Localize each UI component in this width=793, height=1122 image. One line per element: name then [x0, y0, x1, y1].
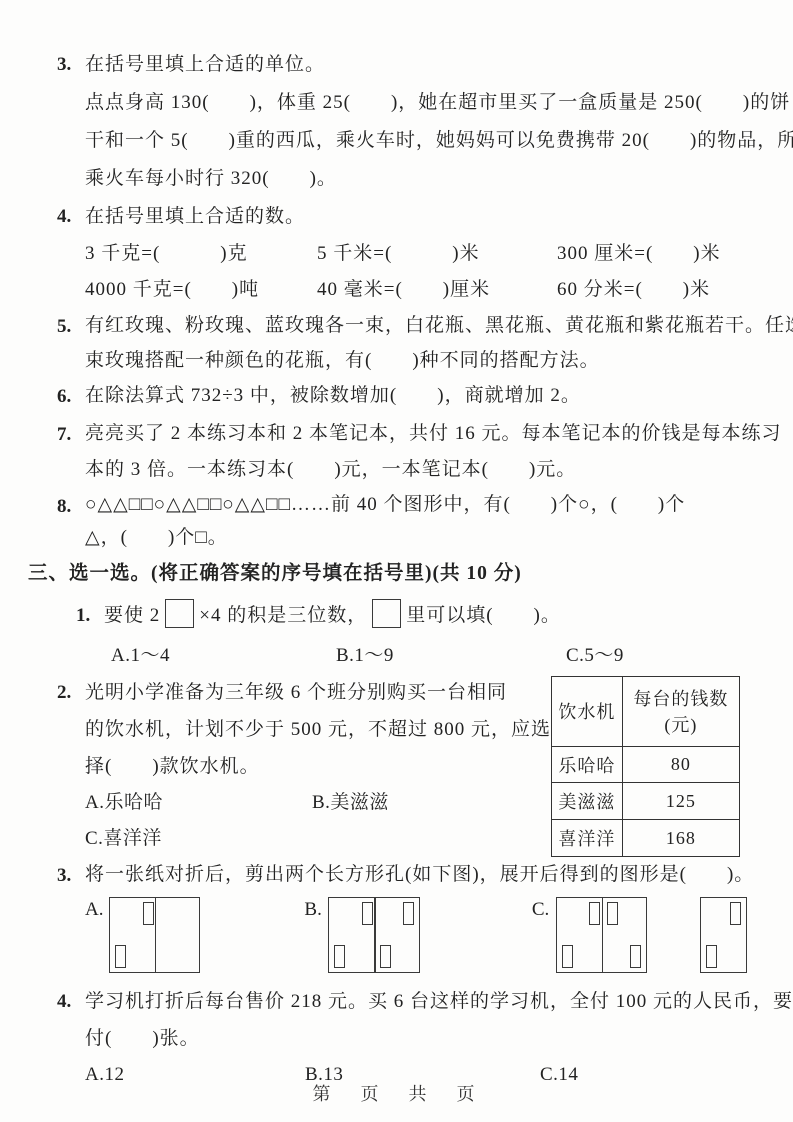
price-table: 饮水机 每台的钱数(元) 乐哈哈 80 美滋滋 125 喜洋洋 168 — [551, 676, 740, 857]
cut-hole — [334, 945, 345, 968]
question-body: 学习机打折后每台售价 218 元。买 6 台这样的学习机，全付 100 元的人民… — [85, 983, 747, 1093]
options-row: A.1～4 B.1～9 C.5～9 — [111, 638, 747, 674]
question-fill-3: 3. 在括号里填上合适的单位。 点点身高 130( )，体重 25( )，她在超… — [57, 46, 747, 198]
table-cell: 喜洋洋 — [552, 820, 623, 857]
figure-folded-paper — [700, 897, 747, 973]
question-text-part: 要使 2 — [104, 605, 160, 626]
question-number: 4. — [57, 983, 85, 1093]
question-choice-2: 2. 光明小学准备为三年级 6 个班分别购买一台相同 的饮水机，计划不少于 50… — [57, 674, 747, 857]
question-line: 乘火车每小时行 320( )。 — [85, 160, 747, 198]
conversion-cell: 3 千克=( )克 — [85, 236, 317, 272]
cut-hole — [730, 902, 741, 925]
question-line: 在括号里填上合适的数。 — [85, 198, 747, 236]
conversion-row: 3 千克=( )克 5 千米=( )米 300 厘米=( )米 — [85, 236, 747, 272]
question-line: 要使 2×4 的积是三位数，里可以填( )。 — [104, 594, 747, 638]
conversion-cell: 60 分米=( )米 — [557, 272, 710, 308]
question-line: 光明小学准备为三年级 6 个班分别购买一台相同 — [85, 674, 551, 711]
question-choice-3: 3. 将一张纸对折后，剪出两个长方形孔(如下图)，展开后得到的图形是( )。 A… — [57, 857, 747, 983]
question-line: 有红玫瑰、粉玫瑰、蓝玫瑰各一束，白花瓶、黑花瓶、黄花瓶和紫花瓶若干。任选一 — [85, 308, 747, 343]
worksheet-content: 3. 在括号里填上合适的单位。 点点身高 130( )，体重 25( )，她在超… — [0, 0, 793, 1093]
question-body: 在括号里填上合适的单位。 点点身高 130( )，体重 25( )，她在超市里买… — [85, 46, 747, 198]
section-header: 三、选一选。(将正确答案的序号填在括号里)(共 10 分) — [28, 554, 747, 594]
table-cell: 168 — [622, 820, 739, 857]
conversion-cell: 5 千米=( )米 — [317, 236, 557, 272]
cut-hole — [403, 902, 414, 925]
figure-row: A. B. C. — [85, 897, 747, 983]
question-fill-7: 7. 亮亮买了 2 本练习本和 2 本笔记本，共付 16 元。每本笔记本的价钱是… — [57, 416, 747, 488]
conversion-cell: 300 厘米=( )米 — [557, 236, 721, 272]
question-line: 点点身高 130( )，体重 25( )，她在超市里买了一盒质量是 250( )… — [85, 84, 747, 122]
question-number: 5. — [57, 308, 85, 378]
question-number: 3. — [57, 46, 85, 198]
question-fill-6: 6. 在除法算式 732÷3 中，被除数增加( )，商就增加 2。 — [57, 378, 747, 416]
question-choice-1: 1. 要使 2×4 的积是三位数，里可以填( )。 A.1～4 B.1～9 C.… — [76, 594, 747, 674]
question-number: 8. — [57, 488, 85, 554]
cut-hole — [115, 945, 126, 968]
question-number: 3. — [57, 857, 85, 983]
question-number: 6. — [57, 378, 85, 416]
table-cell: 80 — [622, 746, 739, 783]
table-header-cell: 每台的钱数(元) — [622, 677, 739, 747]
table-cell: 125 — [622, 783, 739, 820]
cut-hole — [589, 902, 600, 925]
figure-option-c — [556, 897, 647, 973]
question-line: 付( )张。 — [85, 1020, 747, 1057]
question-choice-4: 4. 学习机打折后每台售价 218 元。买 6 台这样的学习机，全付 100 元… — [57, 983, 747, 1093]
question-line: 本的 3 倍。一本练习本( )元，一本笔记本( )元。 — [85, 452, 747, 488]
question-line shape-sequence: ○△△□□○△△□□○△△□□……前 40 个图形中，有( )个○，( )个 — [85, 488, 747, 521]
question-body: 要使 2×4 的积是三位数，里可以填( )。 A.1～4 B.1～9 C.5～9 — [104, 594, 747, 674]
question-line: 择( )款饮水机。 — [85, 748, 551, 785]
question-body: 有红玫瑰、粉玫瑰、蓝玫瑰各一束，白花瓶、黑花瓶、黄花瓶和紫花瓶若干。任选一 束玫… — [85, 308, 747, 378]
table-cell: 美滋滋 — [552, 783, 623, 820]
question-line: 干和一个 5( )重的西瓜，乘火车时，她妈妈可以免费携带 20( )的物品，所 — [85, 122, 747, 160]
question-number: 1. — [76, 594, 104, 674]
question-number: 2. — [57, 674, 85, 857]
table-cell: 乐哈哈 — [552, 746, 623, 783]
conversion-cell: 40 毫米=( )厘米 — [317, 272, 557, 308]
options-row: C.喜洋洋 — [85, 821, 551, 857]
cut-hole — [706, 945, 717, 968]
choice-option: C.5～9 — [566, 638, 624, 674]
question-number: 7. — [57, 416, 85, 488]
question-line: 在除法算式 732÷3 中，被除数增加( )，商就增加 2。 — [85, 378, 747, 413]
question-fill-8: 8. ○△△□□○△△□□○△△□□……前 40 个图形中，有( )个○，( )… — [57, 488, 747, 554]
choice-option: B.1～9 — [336, 638, 566, 674]
question-body: 在除法算式 732÷3 中，被除数增加( )，商就增加 2。 — [85, 378, 747, 416]
table-row: 喜洋洋 168 — [552, 820, 740, 857]
question-body: 在括号里填上合适的数。 3 千克=( )克 5 千米=( )米 300 厘米=(… — [85, 198, 747, 308]
question-line: 亮亮买了 2 本练习本和 2 本笔记本，共付 16 元。每本笔记本的价钱是每本练… — [85, 416, 747, 452]
table-header-row: 饮水机 每台的钱数(元) — [552, 677, 740, 747]
cut-hole — [143, 902, 154, 925]
figure-option-a — [109, 897, 200, 973]
question-body: 亮亮买了 2 本练习本和 2 本笔记本，共付 16 元。每本笔记本的价钱是每本练… — [85, 416, 747, 488]
conversion-cell: 4000 千克=( )吨 — [85, 272, 317, 308]
cut-hole — [380, 945, 391, 968]
figure-label-c: C. — [532, 897, 556, 923]
question-body: 光明小学准备为三年级 6 个班分别购买一台相同 的饮水机，计划不少于 500 元… — [85, 674, 747, 857]
cut-hole — [607, 902, 618, 925]
question-body: ○△△□□○△△□□○△△□□……前 40 个图形中，有( )个○，( )个 △… — [85, 488, 747, 554]
figure-option-b — [328, 897, 419, 973]
table-row: 美滋滋 125 — [552, 783, 740, 820]
cut-hole — [562, 945, 573, 968]
question-body: 将一张纸对折后，剪出两个长方形孔(如下图)，展开后得到的图形是( )。 A. B… — [85, 857, 747, 983]
figure-label-a: A. — [85, 897, 109, 923]
question-text-part: 里可以填( )。 — [406, 605, 561, 626]
choice-option: A.乐哈哈 — [85, 785, 312, 821]
question-line: 束玫瑰搭配一种颜色的花瓶，有( )种不同的搭配方法。 — [85, 343, 747, 378]
worksheet-page: 3. 在括号里填上合适的单位。 点点身高 130( )，体重 25( )，她在超… — [0, 0, 793, 1122]
page-footer: 第 页 共 页 — [0, 1080, 793, 1106]
table-header-cell: 饮水机 — [552, 677, 623, 747]
question-text-part: ×4 的积是三位数， — [199, 605, 367, 626]
question-fill-4: 4. 在括号里填上合适的数。 3 千克=( )克 5 千米=( )米 300 厘… — [57, 198, 747, 308]
choice-option: C.喜洋洋 — [85, 821, 162, 857]
table-row: 乐哈哈 80 — [552, 746, 740, 783]
options-row: A.乐哈哈 B.美滋滋 — [85, 785, 551, 821]
conversion-row: 4000 千克=( )吨 40 毫米=( )厘米 60 分米=( )米 — [85, 272, 747, 308]
question-line: 的饮水机，计划不少于 500 元，不超过 800 元，应选 — [85, 711, 551, 748]
figure-label-b: B. — [304, 897, 328, 923]
question-text-column: 光明小学准备为三年级 6 个班分别购买一台相同 的饮水机，计划不少于 500 元… — [85, 674, 551, 857]
blank-box — [165, 599, 194, 628]
question-line: 将一张纸对折后，剪出两个长方形孔(如下图)，展开后得到的图形是( )。 — [85, 857, 747, 893]
choice-option: A.1～4 — [111, 638, 336, 674]
question-line: 学习机打折后每台售价 218 元。买 6 台这样的学习机，全付 100 元的人民… — [85, 983, 747, 1020]
blank-box — [372, 599, 401, 628]
question-line: △，( )个□。 — [85, 521, 747, 554]
question-line: 在括号里填上合适的单位。 — [85, 46, 747, 84]
question-fill-5: 5. 有红玫瑰、粉玫瑰、蓝玫瑰各一束，白花瓶、黑花瓶、黄花瓶和紫花瓶若干。任选一… — [57, 308, 747, 378]
cut-hole — [362, 902, 373, 925]
cut-hole — [630, 945, 641, 968]
question-number: 4. — [57, 198, 85, 308]
choice-option: B.美滋滋 — [312, 785, 389, 821]
